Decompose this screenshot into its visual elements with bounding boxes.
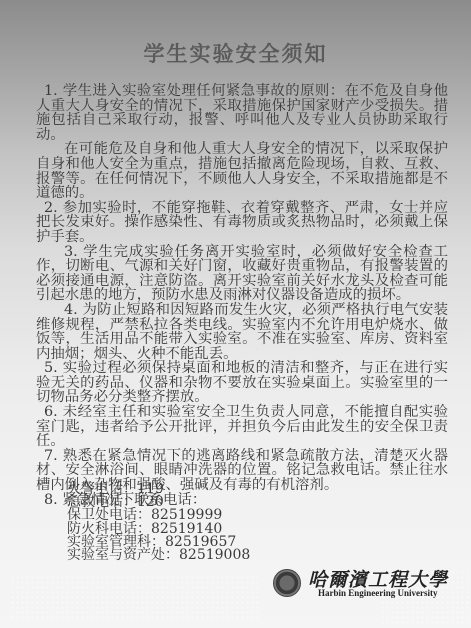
rule-1-continued: 在可能危及自身和他人重大人身安全的情况下，以采取保护自身和他人安全为重点，措施包… [36, 142, 448, 200]
university-emblem-icon [273, 569, 301, 597]
poster-title: 学生实验安全须知 [0, 38, 471, 68]
rule-4: 4. 为防止短路和因短路而发生火灾，必须严格执行电气安装维修规程，严禁私拉各类电… [36, 303, 448, 361]
emergency-contacts: 火警电话：119 急救电话：120 保卫处电话：82519999 防火科电话：8… [67, 483, 250, 562]
rule-1: 1. 学生进入实验室处理任何紧急事故的原则：在不危及自身他人重大人身安全的情况下… [36, 84, 448, 142]
safety-notice-poster: 学生实验安全须知 1. 学生进入实验室处理任何紧急事故的原则：在不危及自身他人重… [0, 0, 471, 628]
rule-5: 5. 实验过程必须保持桌面和地板的清洁和整齐，与正在进行实验无关的药品、仪器和杂… [36, 361, 448, 405]
rule-6: 6. 未经室主任和实验室安全卫生负责人同意，不能擅自配实验室门匙，违者给予公开批… [36, 405, 448, 449]
rules-body: 1. 学生进入实验室处理任何紧急事故的原则：在不危及自身他人重大人身安全的情况下… [36, 84, 448, 507]
university-logo: 哈爾濱工程大學 Harbin Engineering University [273, 563, 468, 608]
contact-label: 实验室与资产处： [67, 547, 179, 563]
university-name-en: Harbin Engineering University [318, 588, 438, 598]
contact-lab-assets: 实验室与资产处：82519008 [67, 549, 250, 562]
rule-3: 3. 学生完成实验任务离开实验室时，必须做好安全检查工作，切断电、气源和关好门窗… [36, 245, 448, 303]
rule-2: 2. 参加实验时，不能穿拖鞋、衣着穿戴整齐、严肃，女士并应把长发束好。操作感染性… [36, 201, 448, 245]
contact-number: 82519008 [179, 547, 250, 563]
decorative-dot-pattern [10, 575, 260, 620]
